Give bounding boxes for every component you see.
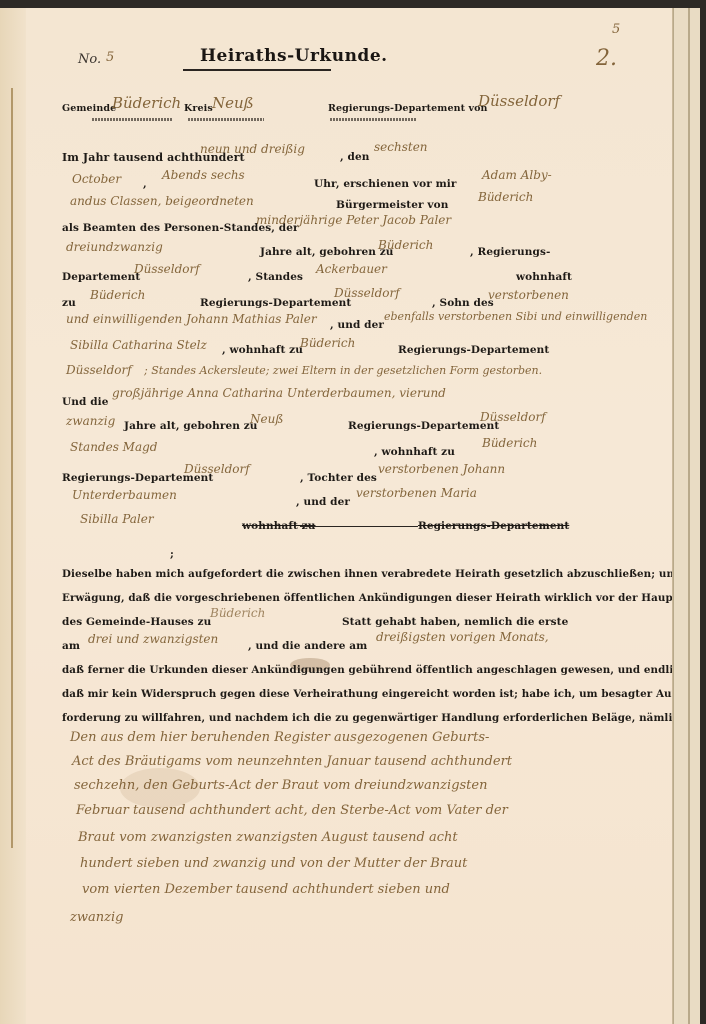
text-tochter-des: , Tochter des — [300, 472, 377, 484]
handwritten-line: Den aus dem hier beruhenden Register aus… — [70, 730, 489, 745]
text-statt-gehabt: Statt gehabt haben, nemlich die erste — [342, 616, 568, 628]
mother-status: ebenfalls verstorbenen Sibi und einwilli… — [384, 310, 647, 323]
text-regierungs-departement-2: Regierungs-Departement — [398, 344, 549, 356]
bride-residence-dept: Düsseldorf — [184, 462, 250, 476]
handwritten-line: vom vierten Dezember tausend achthundert… — [82, 882, 450, 897]
text-regierungs-departement-struck: Regierungs-Departement — [418, 520, 569, 532]
groom-mother-name: Sibilla Catharina Stelz — [70, 338, 207, 352]
gemeinde-underline — [92, 118, 172, 121]
text-und-der-2: , und der — [296, 496, 350, 508]
text-wohnhaft: wohnhaft — [516, 271, 572, 283]
number-label: No. — [78, 52, 101, 67]
page-edge — [688, 8, 690, 1024]
day-value: sechsten — [374, 140, 428, 154]
official-name-part1: Adam Alby- — [482, 168, 552, 182]
first-announcement-date: drei und zwanzigsten — [88, 632, 218, 646]
groom-residence: Büderich — [90, 288, 145, 302]
groom-age: dreiundzwanzig — [66, 240, 163, 254]
marriage-certificate-page: 5 2. No. 5 Heiraths-Urkunde. Gemeinde Bü… — [0, 8, 673, 1024]
groom-birth-dept: Düsseldorf — [134, 262, 200, 276]
handwritten-line: zwanzig — [70, 910, 123, 925]
parents-residence: Büderich — [300, 336, 355, 350]
corner-annotation-mark: 2. — [596, 46, 617, 71]
handwritten-line: Braut vom zwanzigsten zwanzigsten August… — [78, 830, 458, 845]
regierung-value: Düsseldorf — [478, 92, 560, 110]
scan-background-top — [0, 0, 706, 8]
text-den: , den — [340, 151, 369, 163]
buergermeister-place: Büderich — [478, 190, 533, 204]
groom-residence-dept: Düsseldorf — [334, 286, 400, 300]
text-aufforderung: forderung zu willfahren, und nachdem ich… — [62, 712, 673, 724]
bride-father-name: Unterderbaumen — [72, 488, 177, 502]
text-standes: , Standes — [248, 271, 303, 283]
text-regierungs-departement-3: Regierungs-Departement — [348, 420, 499, 432]
month-value: October — [72, 172, 121, 186]
text-buergermeister: Bürgermeister von — [336, 199, 448, 211]
binding-fold — [11, 88, 13, 848]
text-und-die-andere: , und die andere am — [248, 640, 367, 652]
handwritten-line: Februar tausend achthundert acht, den St… — [76, 803, 508, 818]
gemeinde-value: Büderich — [112, 94, 181, 112]
regierung-underline — [330, 118, 416, 121]
text-jahre-alt-2: Jahre alt, gebohren zu — [124, 420, 258, 432]
comma: , — [143, 178, 147, 190]
groom-birthplace: Büderich — [378, 238, 433, 252]
text-sohn-des: , Sohn des — [432, 297, 494, 309]
text-jahre-alt: Jahre alt, gebohren zu — [260, 246, 394, 258]
title-underline — [183, 69, 331, 71]
groom-father-name: und einwilligenden Johann Mathias Paler — [66, 312, 317, 326]
strike-line — [300, 526, 418, 527]
gemeinde-label: Gemeinde — [62, 103, 116, 114]
scan-background-right — [700, 0, 706, 1024]
document-title: Heiraths-Urkunde. — [200, 46, 388, 66]
text-wohnhaft-zu-2: , wohnhaft zu — [374, 446, 455, 458]
text-erwaegung: Erwägung, daß die vorgeschriebenen öffen… — [62, 592, 673, 604]
second-announcement-date: dreißigsten vorigen Monats, — [376, 630, 549, 644]
text-uhr-erschienen: Uhr, erschienen vor mir — [314, 178, 457, 190]
year-value: neun und dreißig — [200, 142, 305, 156]
bride-birth-dept: Düsseldorf — [480, 410, 546, 424]
scanned-register-book: 5 2. No. 5 Heiraths-Urkunde. Gemeinde Bü… — [0, 0, 706, 1024]
text-und-die: Und die — [62, 396, 109, 408]
official-name-part2: andus Classen, beigeordneten — [70, 194, 254, 208]
text-widerspruch: daß mir kein Widerspruch gegen diese Ver… — [62, 688, 673, 700]
parents-note: ; Standes Ackersleute; zwei Eltern in de… — [144, 364, 542, 377]
bride-father-status: verstorbenen Johann — [378, 462, 505, 476]
text-departement: Departement — [62, 271, 140, 283]
text-am: am — [62, 640, 80, 652]
text-wohnhaft-zu: , wohnhaft zu — [222, 344, 303, 356]
regierung-label: Regierungs-Departement von — [328, 103, 488, 114]
father-status: verstorbenen — [488, 288, 569, 302]
certificate-number: 5 — [106, 50, 114, 65]
text-regierungs: , Regierungs- — [470, 246, 550, 258]
kreis-value: Neuß — [212, 94, 254, 112]
bride-mother-name: Sibilla Paler — [80, 512, 154, 526]
handwritten-line: hundert sieben und zwanzig und von der M… — [80, 856, 467, 871]
kreis-label: Kreis — [184, 103, 213, 114]
text-gemeinde-hauses: des Gemeinde-Hauses zu — [62, 616, 211, 628]
bride-age: zwanzig — [66, 414, 115, 428]
parents-dept: Düsseldorf — [66, 363, 132, 377]
kreis-underline — [188, 118, 264, 121]
handwritten-line: sechzehn, den Geburts-Act der Braut vom … — [74, 778, 487, 793]
time-value: Abends sechs — [162, 168, 245, 182]
paragraph-mark: ; — [170, 548, 174, 560]
text-dieselbe: Dieselbe haben mich aufgefordert die zwi… — [62, 568, 673, 580]
handwritten-line: Act des Bräutigams vom neunzehnten Janua… — [72, 754, 512, 769]
groom-name: minderjährige Peter Jacob Paler — [256, 213, 451, 227]
text-ferner: daß ferner die Urkunden dieser Ankündigu… — [62, 664, 673, 676]
bride-mother-status: verstorbenen Maria — [356, 486, 477, 500]
bride-name: großjährige Anna Catharina Unterderbaume… — [112, 386, 446, 400]
announcement-place: Büderich — [210, 606, 265, 620]
bride-birthplace: Neuß — [250, 412, 283, 426]
groom-occupation: Ackerbauer — [316, 262, 387, 276]
corner-annotation-number: 5 — [612, 22, 620, 37]
bride-residence: Büderich — [482, 436, 537, 450]
text-und-der: , und der — [330, 319, 384, 331]
text-regierungs-departement: Regierungs-Departement — [200, 297, 351, 309]
text-zu: zu — [62, 297, 76, 309]
bride-occupation: Standes Magd — [70, 440, 158, 454]
